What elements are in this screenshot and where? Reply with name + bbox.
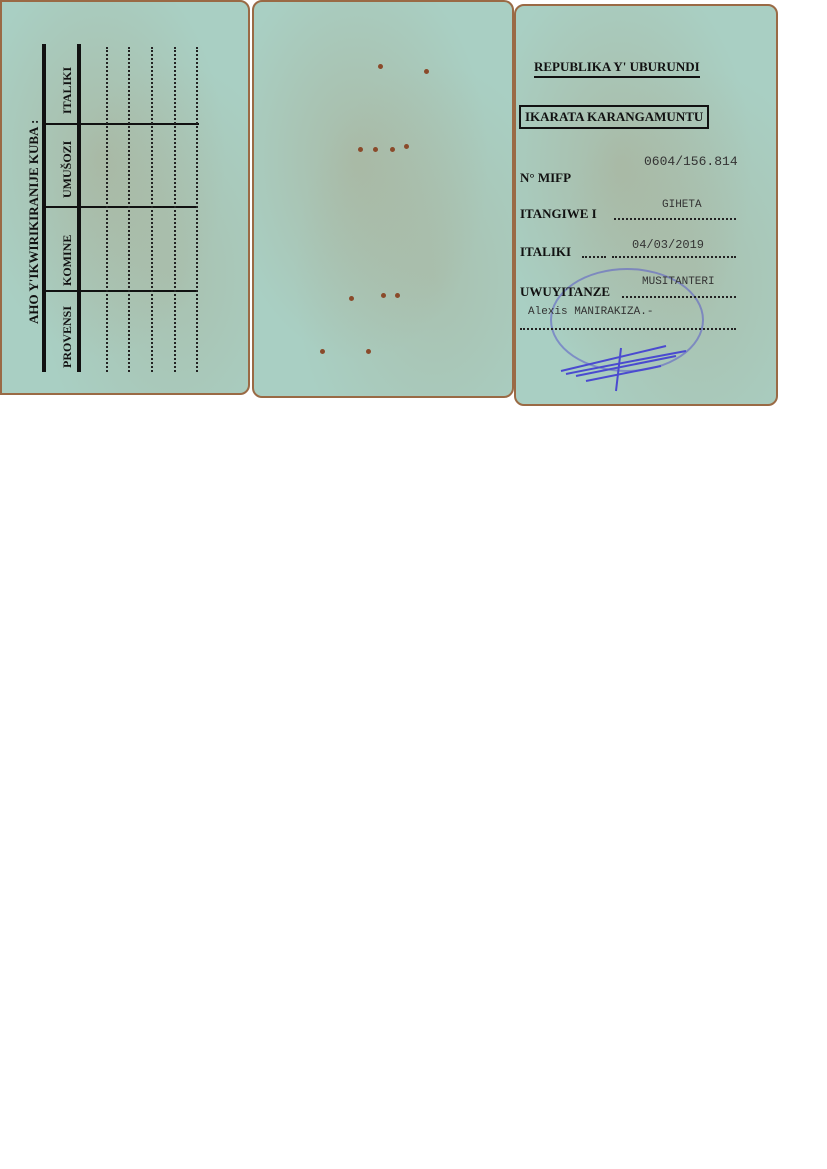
residence-heading: AHO Y'IKWIRIKIRANIJE KUBA : [26,120,42,324]
staple-hole [349,296,354,301]
staple-hole [366,349,371,354]
issued-at-label: ITANGIWE I [520,206,597,222]
column-header-italiki: ITALIKI [60,67,75,114]
staple-hole [404,144,409,149]
staple-hole [390,147,395,152]
issued-at-value: GIHETA [662,199,702,211]
column-header-umusozi: UMUŠOZI [60,141,75,198]
date-value: 04/03/2019 [632,238,704,252]
issuer-name-line [520,328,736,330]
entry-line-5 [196,47,198,372]
staple-hole [378,64,383,69]
date-line-short [582,256,606,258]
country-name: REPUBLIKA Y' UBURUNDI [534,59,700,78]
entry-line-1 [106,47,108,372]
table-border-left [42,44,46,372]
issuer-title: MUSITANTERI [642,276,715,288]
staple-hole [395,293,400,298]
issued-at-line [614,218,736,220]
date-line [612,256,736,258]
card-left-residence-table: AHO Y'IKWIRIKIRANIJE KUBA : PROVENSI KOM… [0,0,250,395]
mifp-value: 0604/156.814 [644,154,738,169]
entry-line-4 [174,47,176,372]
column-header-komine: KOMINE [60,235,75,286]
mifp-label: N° MIFP [520,170,571,186]
staple-hole [381,293,386,298]
entry-line-2 [128,47,130,372]
card-title: IKARATA KARANGAMUNTU [519,105,709,129]
card-middle-blank-page [252,0,514,398]
signature-icon [556,336,696,396]
table-header-divider [77,44,81,372]
staple-hole [320,349,325,354]
issuer-line [622,296,736,298]
entry-line-3 [151,47,153,372]
column-header-provensi: PROVENSI [60,306,75,368]
issuer-label: UWUYITANZE [520,284,610,300]
staple-hole [373,147,378,152]
issuer-name: Alexis MANIRAKIZA.- [528,306,653,318]
card-right-identity: REPUBLIKA Y' UBURUNDI IKARATA KARANGAMUN… [514,4,778,406]
date-label: ITALIKI [520,244,571,260]
staple-hole [424,69,429,74]
staple-hole [358,147,363,152]
